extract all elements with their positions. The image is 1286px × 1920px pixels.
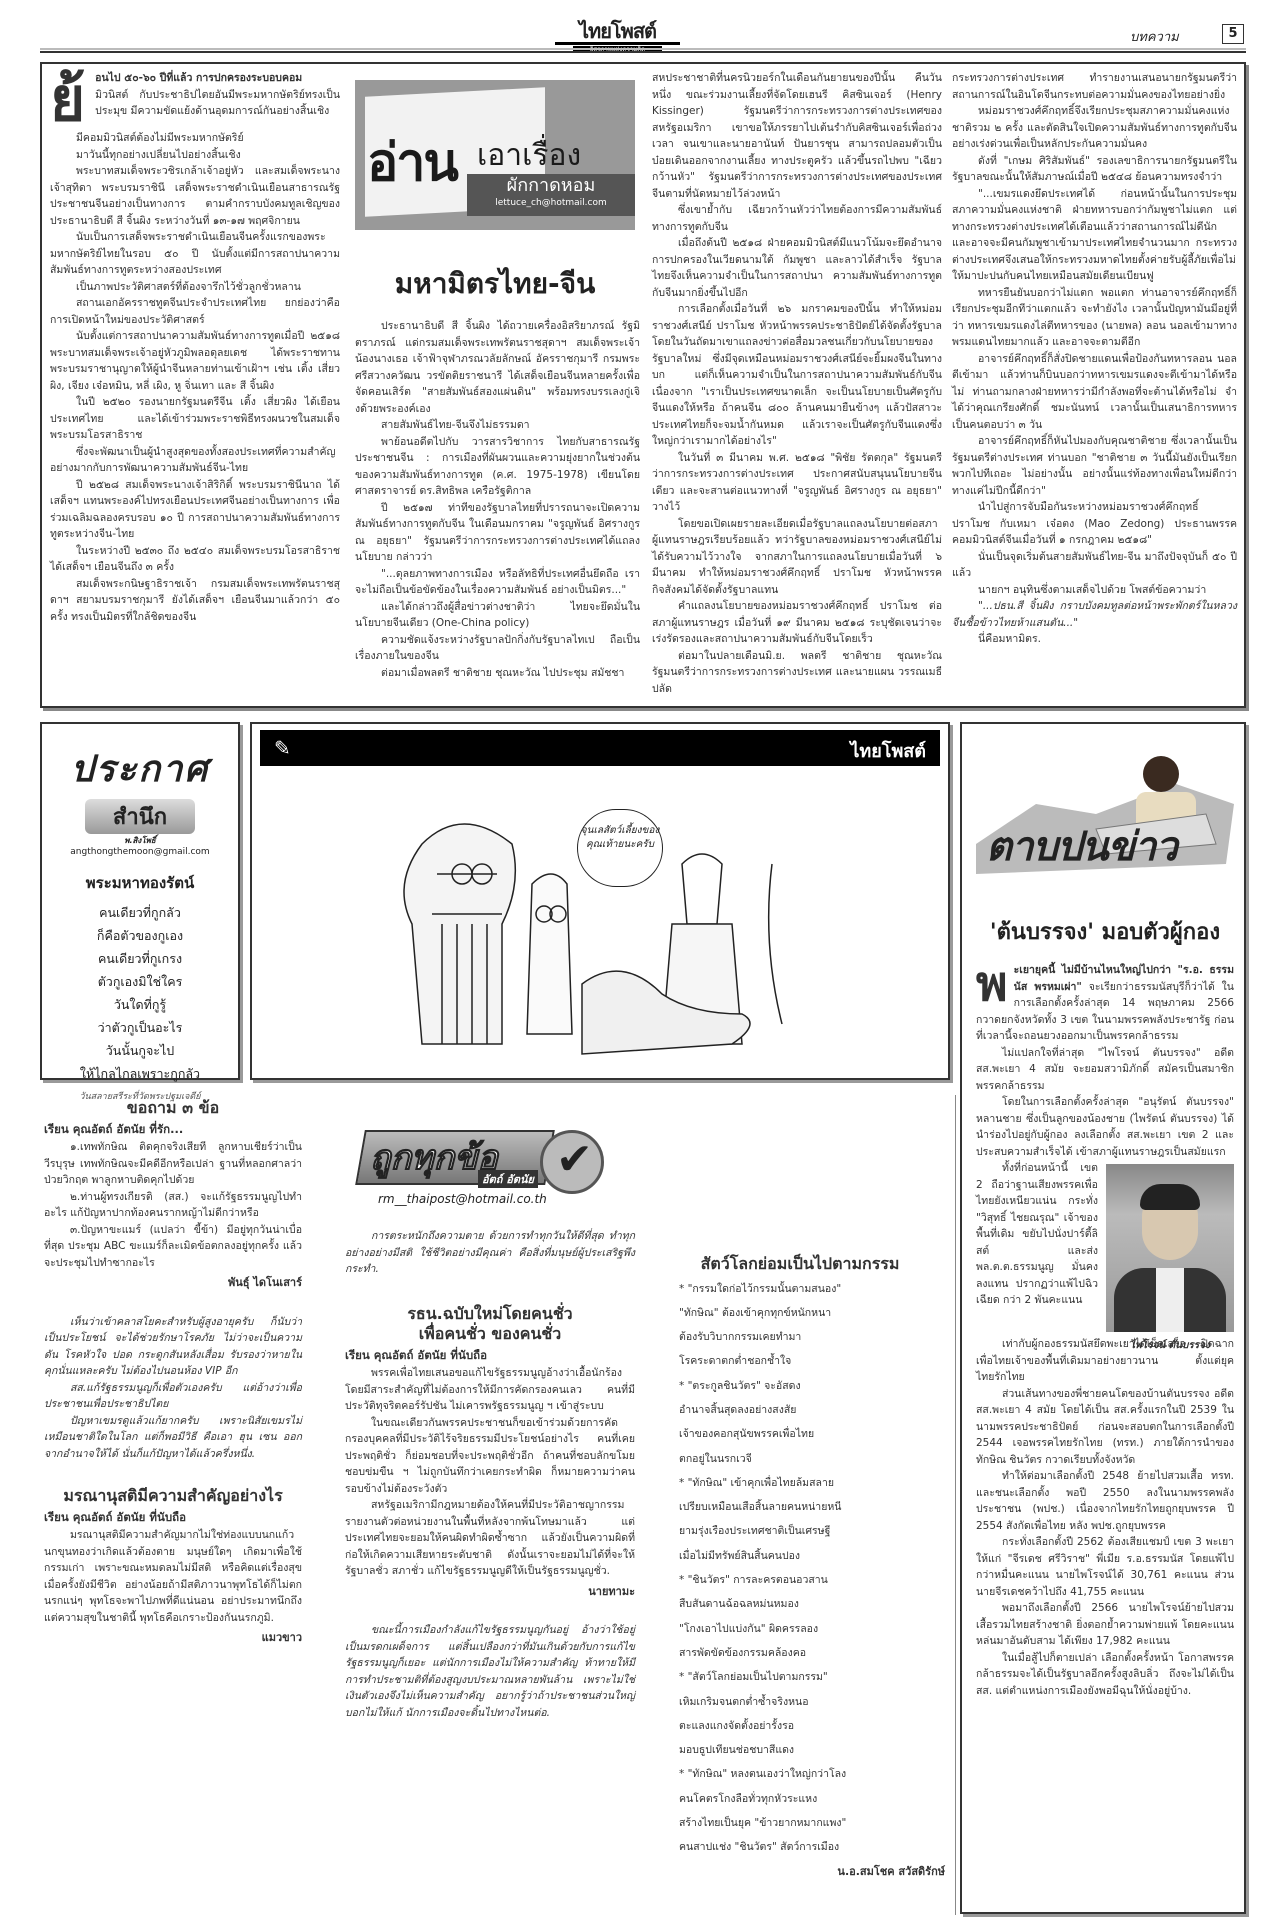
poem-line: สารพัดขัดข้องกรรมคล้องคอ [679,1641,945,1665]
article-headline: มหามิตรไทย-จีน [355,262,635,306]
letter-salutation: เรียน คุณอัตถ์ อัตนัย ที่รัก... [44,1121,302,1138]
paragraph: มีคอมมิวนิสต์ต้องไม่มีพระมหากษัตริย์ [50,130,340,147]
paragraph: เมื่อถึงต้นปี ๒๕๑๘ ฝ่ายคอมมิวนิสต์มีแนวโ… [652,235,942,301]
letters-col3: สัตว์โลกย่อมเป็นไปตามกรรม * "กรรมใดก่อไว… [655,1228,945,1880]
paragraph: การเลือกตั้งเมื่อวันที่ ๒๖ มกราคมของปีนั… [652,301,942,450]
paragraph: สายสัมพันธ์ไทย-จีนจึงไม่ธรรมดา [355,417,640,434]
column-divider [955,1095,956,1915]
letter-title: เพื่อคนชั่ว ของคนชั่ว [345,1326,635,1343]
poem-logo-top: ประกาศ [42,740,238,797]
speech-bubble: จุนเลสัตว์เลี้ยงของคุณเท้ายนะครับ [577,809,663,887]
poem-line: * "ทักษิณ" เข้าคุกเพื่อไทยล้มสลาย [679,1471,945,1495]
poem-line: ให้ไกลไกลเพราะกูกลัว [42,1062,238,1085]
top-article-col1: ย้ อนไป ๕๐-๖๐ ปีที่แล้ว การปกครองระบอบคอ… [50,70,340,625]
paragraph: มาวันนี้ทุกอย่างเปลี่ยนไปอย่างสิ้นเชิง [50,147,340,164]
letter-title: ขอถาม ๓ ข้อ [44,1100,302,1117]
poem-title: พระมหาทองรัตน์ [42,871,238,895]
paragraph: สหประชาชาติที่นครนิวยอร์กในเดือนกันยายนข… [652,70,942,202]
paragraph: ซึ่งจะพัฒนาเป็นผู้นำสูงสุดของทั้งสองประเ… [50,444,340,477]
poem-lines: * "กรรมใดก่อไว้กรรมนั้นตามสนอง" "ทักษิณ"… [655,1277,945,1860]
portrait-photo: ไพโรจน์ ตันบรรจง [1106,1164,1234,1332]
poem-line: อำนาจสิ้นสุดลงอย่างสงสัย [679,1398,945,1422]
paragraph: หม่อมราชวงศ์คึกฤทธิ์จึงเรียกประชุมสภาควา… [952,103,1237,153]
mascot-icon: ✎ [274,736,291,760]
top-article-col2: ประธานาธิบดี สี จิ้นผิง ได้ถวายเครื่องอิ… [355,318,640,681]
poem-line: คนโคตรโกงลือทั่วทุกหัวระแหง [679,1787,945,1811]
paragraph: ทำให้ต่อมาเลือกตั้งปี 2548 ย้ายไปสวมเสื้… [976,1468,1234,1534]
author-email[interactable]: lettuce_ch@hotmail.com [467,198,635,208]
reply-paragraph: สส.แก้รัฐธรรมนูญก็เพื่อตัวเองครับ แต่อ้า… [44,1380,302,1413]
poem-logo-main: สำนึก [85,799,195,834]
cartoon-brand: ไทยโพสต์ [850,736,926,765]
letter-title: มรณานุสติมีความสำคัญอย่างไร [44,1488,302,1505]
paragraph: นับตั้งแต่การสถาปนาความสัมพันธ์ทางการทูต… [50,328,340,394]
poem-line: "โกงเอาไปแบ่งกัน" ผิดครรลอง [679,1617,945,1641]
poem-line: เปรียบเหมือนเสือสิ้นลายคนหน่ายหนี [679,1495,945,1519]
letters-email[interactable]: rm__thaipost@hotmail.co.th [378,1192,547,1206]
reply-paragraph: การตระหนักถึงความตาย ด้วยการทำทุกวันให้ด… [345,1228,635,1278]
poem-line: สืบสันดานฉ้อฉลหม่นหมอง [679,1592,945,1616]
poem-line: ตัวกูเองมิใช่ใคร [42,970,238,993]
poem-title: สัตว์โลกย่อมเป็นไปตามกรรม [655,1256,945,1273]
paragraph: นำไปสู่การจับมือกันระหว่างหม่อมราชวงศ์คึ… [952,499,1237,549]
poem-line: สร้างไทยเป็นยุค "ข้าวยากหมากแพง" [679,1811,945,1835]
editorial-cartoon: ✎ ไทยโพสต์ จุนเลสัตว์เลี้ยงของคุณเท้ายนะ… [250,722,950,1080]
paragraph: นับเป็นการเสด็จพระราชดำเนินเยือนจีนครั้ง… [50,229,340,279]
paragraph: ต่อมาเมื่อพลตรี ชาติชาย ชุณหะวัณ ไปประชุ… [355,665,640,682]
masthead: ไทยโพสต์ อิสรภาพแห่งความคิด บทความ 5 [0,0,1286,60]
poem-line: คนเดียวที่กูกลัว [42,901,238,924]
dropcap: พ [976,962,1008,1006]
paragraph: "...เขมรแดงยึดประเทศได้ ก่อนหน้านั้นในกา… [952,186,1237,285]
banner-title-small: เอาเรื่อง [477,132,581,179]
paragraph: สหรัฐอเมริกามีกฎหมายต้องให้คนที่มีประวัต… [345,1497,635,1580]
reply-paragraph: เห็นว่าเข้าคลาสโยคะสำหรับผู้สูงอายุครับ … [44,1314,302,1380]
poem-line: * "กรรมใดก่อไว้กรรมนั้นตามสนอง" [679,1277,945,1301]
photo-caption: ไพโรจน์ ตันบรรจง [1106,1338,1234,1355]
poem-email[interactable]: angthongthemoon@gmail.com [42,847,238,857]
poem-line: "ทักษิณ" ต้องเข้าคุกทุกข์หนักหนา [679,1301,945,1325]
paragraph: ในระหว่างปี ๒๕๓๐ ถึง ๒๕๔๐ สมเด็จพระบรมโอ… [50,543,340,576]
poem-line: โรคระดาตกต่ำชอกช้ำใจ [679,1349,945,1373]
page-number: 5 [1222,24,1244,44]
paragraph: นั่นเป็นจุดเริ่มต้นสายสัมพันธ์ไทย-จีน มา… [952,549,1237,582]
paragraph: ทหารยืนยันบอกว่าไม่แตก พอแตก ท่านอาจารย์… [952,285,1237,351]
poem-box: ประกาศ สำนึก พ.สิงโพธิ์ angthongthemoon@… [40,722,240,1080]
poem-line: * "ทักษิณ" หลงตนเองว่าใหญ่กว่าโลง [679,1762,945,1786]
poem-line: มอบธูปเทียนช่อชบาสีแดง [679,1738,945,1762]
photo-shirt [1156,1268,1184,1332]
poem-line: ตกอยู่ในนรกเวจี [679,1447,945,1471]
letter-title: รธน.ฉบับใหม่โดยคนชั่ว [345,1306,635,1323]
paragraph: ๒.ท่านผู้ทรงเกียรติ (สส.) จะแก้รัฐธรรมนู… [44,1189,302,1222]
poem-line: วันนั้นกูจะไป [42,1039,238,1062]
paragraph: ไม่แปลกใจที่ล่าสุด "ไพโรจน์ ตันบรรจง" อด… [976,1045,1234,1095]
banner-author: ผักกาดหอม lettuce_ch@hotmail.com [467,174,635,216]
letters-col1: ขอถาม ๓ ข้อ เรียน คุณอัตถ์ อัตนัย ที่รัก… [44,1100,302,1647]
quote: "...ปธน.สี จิ้นผิง กราบบังคมทูลต่อหน้าพร… [952,598,1237,631]
paragraph: ในปี ๒๕๒๐ รองนายกรัฐมนตรีจีน เติ้ง เสี่ย… [50,394,340,444]
letter-signature: พันธุ์ ไดโนเสาร์ [44,1275,302,1292]
paragraph: โดยในการเลือกตั้งครั้งล่าสุด "อนุรัตน์ ต… [976,1094,1234,1160]
poem-line: คนเดียวที่กูเกรง [42,947,238,970]
photo-hair [1140,1184,1200,1210]
dropcap: ย้ [50,70,85,130]
news-headline: 'ต้นบรรจง' มอบตัวผู้กอง [976,914,1234,949]
logo-author: อัตถ์ อัตนัย [478,1170,538,1188]
checkmark-icon: ✔ [556,1134,593,1185]
paragraph: เป็นภาพประวัติศาสตร์ที่ต้องจารึกไว้ชั่วล… [50,279,340,296]
reply-paragraph: ขณะนี้การเมืองกำลังแก้ไขรัฐธรรมนูญกันอยู… [345,1622,635,1721]
paragraph: พาย้อนอดีตไปกับ วารสารวิชาการ ไทยกับสาธา… [355,434,640,500]
paragraph: พรรคเพื่อไทยเสนอขอแก้ไขรัฐธรรมนูญอ้างว่า… [345,1365,635,1415]
letters-column-logo: ถูกทุกข้อ อัตถ์ อัตนัย ✔ rm__thaipost@ho… [360,1100,630,1210]
poem-line: * "สัตว์โลกย่อมเป็นไปตามกรรม" [679,1665,945,1689]
news-column-logo: ตาบปนข่าว [986,814,1177,878]
letter-signature: นายทามะ [345,1584,635,1601]
poem-line: เหิมเกริมจนตกต่ำซ้ำจริงหนอ [679,1690,945,1714]
paragraph: สมเด็จพระกนิษฐาธิราชเจ้า กรมสมเด็จพระเทพ… [50,576,340,626]
column-banner: อ่าน เอาเรื่อง ผักกาดหอม lettuce_ch@hotm… [355,80,635,230]
paragraph: ปี ๒๕๒๘ สมเด็จพระนางเจ้าสิริกิติ์ พระบรม… [50,477,340,543]
pen-name: พ.สิงโพธิ์ [42,834,238,847]
paragraph: และได้กล่าวถึงผู้สื่อข่าวต่างชาติว่า ไทย… [355,599,640,632]
logo-name: ไทยโพสต์ [555,20,680,45]
paragraph: "...ดุลยภาพทางการเมือง หรือลัทธิที่ประเท… [355,566,640,599]
letters-col2: การตระหนักถึงความตาย ด้วยการทำทุกวันให้ด… [345,1228,635,1721]
poem-signature: น.อ.สมโชค สวัสดิรักษ์ [655,1864,945,1881]
poem-line: * "ชินวัตร" การละครตอนอวสาน [679,1568,945,1592]
paragraph: ประธานาธิบดี สี จิ้นผิง ได้ถวายเครื่องอิ… [355,318,640,417]
poem-line: เจ้าของคอกสุนัขพรรคเพื่อไทย [679,1422,945,1446]
lead-text: อนไป ๕๐-๖๐ ปีที่แล้ว การปกครองระบอบคอม [50,70,340,87]
paragraph: ต่อมาในปลายเดือนมิ.ย. พลตรี ชาติชาย ชุณห… [652,648,942,698]
paragraph: ในวันที่ ๓ มีนาคม พ.ศ. ๒๕๑๘ "พิชัย รัตตก… [652,450,942,516]
paragraph: นายกฯ อนุทินซึ่งตามเสด็จไปด้วย โพสต์ข้อค… [952,582,1237,599]
paragraph: มรณานุสติมีความสำคัญมากไม่ใช่ท่องแบบนกแก… [44,1527,302,1626]
reply-paragraph: ปัญหาเขมรดูแล้วแก้ยากครับ เพราะนิสัยเขมร… [44,1413,302,1463]
paragraph: ปี ๒๕๑๗ ท่าทีของรัฐบาลไทยที่ปรารถนาจะเปิ… [355,500,640,566]
header-rule [40,48,1246,53]
paragraph: ๑.เทพทักษิณ ติดคุกจริงเสียที ลูกหาบเชียร… [44,1139,302,1189]
paragraph: ๓.ปัญหาขะแมร์ (แปลว่า ขี้ข้า) มีอยู่ทุกว… [44,1222,302,1272]
paragraph: ในขณะเดียวกันพรรคประชาชนก็ขอเข้าร่วมด้วย… [345,1415,635,1498]
paragraph: มิวนิสต์ กับประชาธิปไตยอันมีพระมหากษัตริ… [50,87,340,120]
paragraph: ซึ่งเขาย้ำกับ เฉียวกว้านหัวว่าไทยต้องการ… [652,202,942,235]
poem-line: * "ตระกูลชินวัตร" จะอัสดง [679,1374,945,1398]
banner-title-big: อ่าน [367,120,457,203]
section-label: บทความ [1130,26,1179,47]
poem-line: ว่าตัวกูเป็นอะไร [42,1016,238,1039]
top-article-col3: สหประชาชาติที่นครนิวยอร์กในเดือนกันยายนข… [652,70,942,697]
paragraph: โดยขอเปิดเผยรายละเอียดเมื่อรัฐบาลแถลงนโย… [652,516,942,599]
paragraph: อาจารย์คึกฤทธิ์ก็สั่งปิดชายแดนเพื่อป้องก… [952,351,1237,434]
paragraph: ดังที่ "เกษม ศิริสัมพันธ์" รองเลขาธิการน… [952,153,1237,186]
poem-line: ก็คือตัวของกูเอง [42,924,238,947]
poem-line: ตะแลงแกงจัดตั้งอย่ารั้งรอ [679,1714,945,1738]
paragraph: พอมาถึงเลือกตั้งปี 2566 นายไพโรจน์ย้ายไป… [976,1600,1234,1650]
poem-line: ยามรุ่งเรืองประเทศชาติเป็นเศรษฐี [679,1519,945,1543]
paragraph: ความชัดแจ้งระหว่างรัฐบาลปักกิ่งกับรัฐบาล… [355,632,640,665]
paragraph: คำแถลงนโยบายของหม่อมราชวงศ์คึกฤทธิ์ ปราโ… [652,598,942,648]
paragraph: กระทั่งเลือกตั้งปี 2562 ต้องเสียแชมป์ เข… [976,1534,1234,1600]
letter-salutation: เรียน คุณอัตถ์ อัตนัย ที่นับถือ [345,1347,635,1364]
news-column-header: ตาบปนข่าว [976,744,1234,884]
news-column-box: ตาบปนข่าว 'ต้นบรรจง' มอบตัวผู้กอง พ ะเยา… [960,722,1246,1914]
poem-line: คนสาปแช่ง "ชินวัตร" สัตว์การเมือง [679,1835,945,1859]
top-article-col4: กระทรวงการต่างประเทศ ทำรายงานเสนอนายกรัฐ… [952,70,1237,648]
paragraph: อาจารย์คึกฤทธิ์ก็หันไปมองกับคุณชาติชาย ซ… [952,433,1237,499]
news-body: พ ะเยายุคนี้ ไม่มีบ้านไหนใหญ่ไปกว่า "ร.อ… [976,962,1234,1699]
paragraph: ในเมื่อสู้ไปก็ตายเปล่า เลือกตั้งครั้งหน้… [976,1650,1234,1700]
letter-signature: แมวขาว [44,1630,302,1647]
author-name: ผักกาดหอม [467,174,635,198]
letter-salutation: เรียน คุณอัตถ์ อัตนัย ที่นับถือ [44,1509,302,1526]
cartoon-header-bar: ✎ ไทยโพสต์ [260,730,940,766]
paragraph: กระทรวงการต่างประเทศ ทำรายงานเสนอนายกรัฐ… [952,70,1237,103]
paragraph: นี่คือมหามิตร. [952,631,1237,648]
poem-line: วันใดที่กูรู้ [42,993,238,1016]
poem-line: ต้องรับวิบากกรรมเคยทำมา [679,1325,945,1349]
paragraph: สถานเอกอัครราชทูตจีนประจำประเทศไทย ยกย่อ… [50,295,340,328]
paragraph: ส่วนเส้นทางของพี่ชายคนโตของบ้านตันบรรจง … [976,1386,1234,1469]
paragraph: พระบาทสมเด็จพระวชิรเกล้าเจ้าอยู่หัว และส… [50,163,340,229]
poem-line: เมื่อไม่มีทรัพย์สินสิ้นคนปอง [679,1544,945,1568]
